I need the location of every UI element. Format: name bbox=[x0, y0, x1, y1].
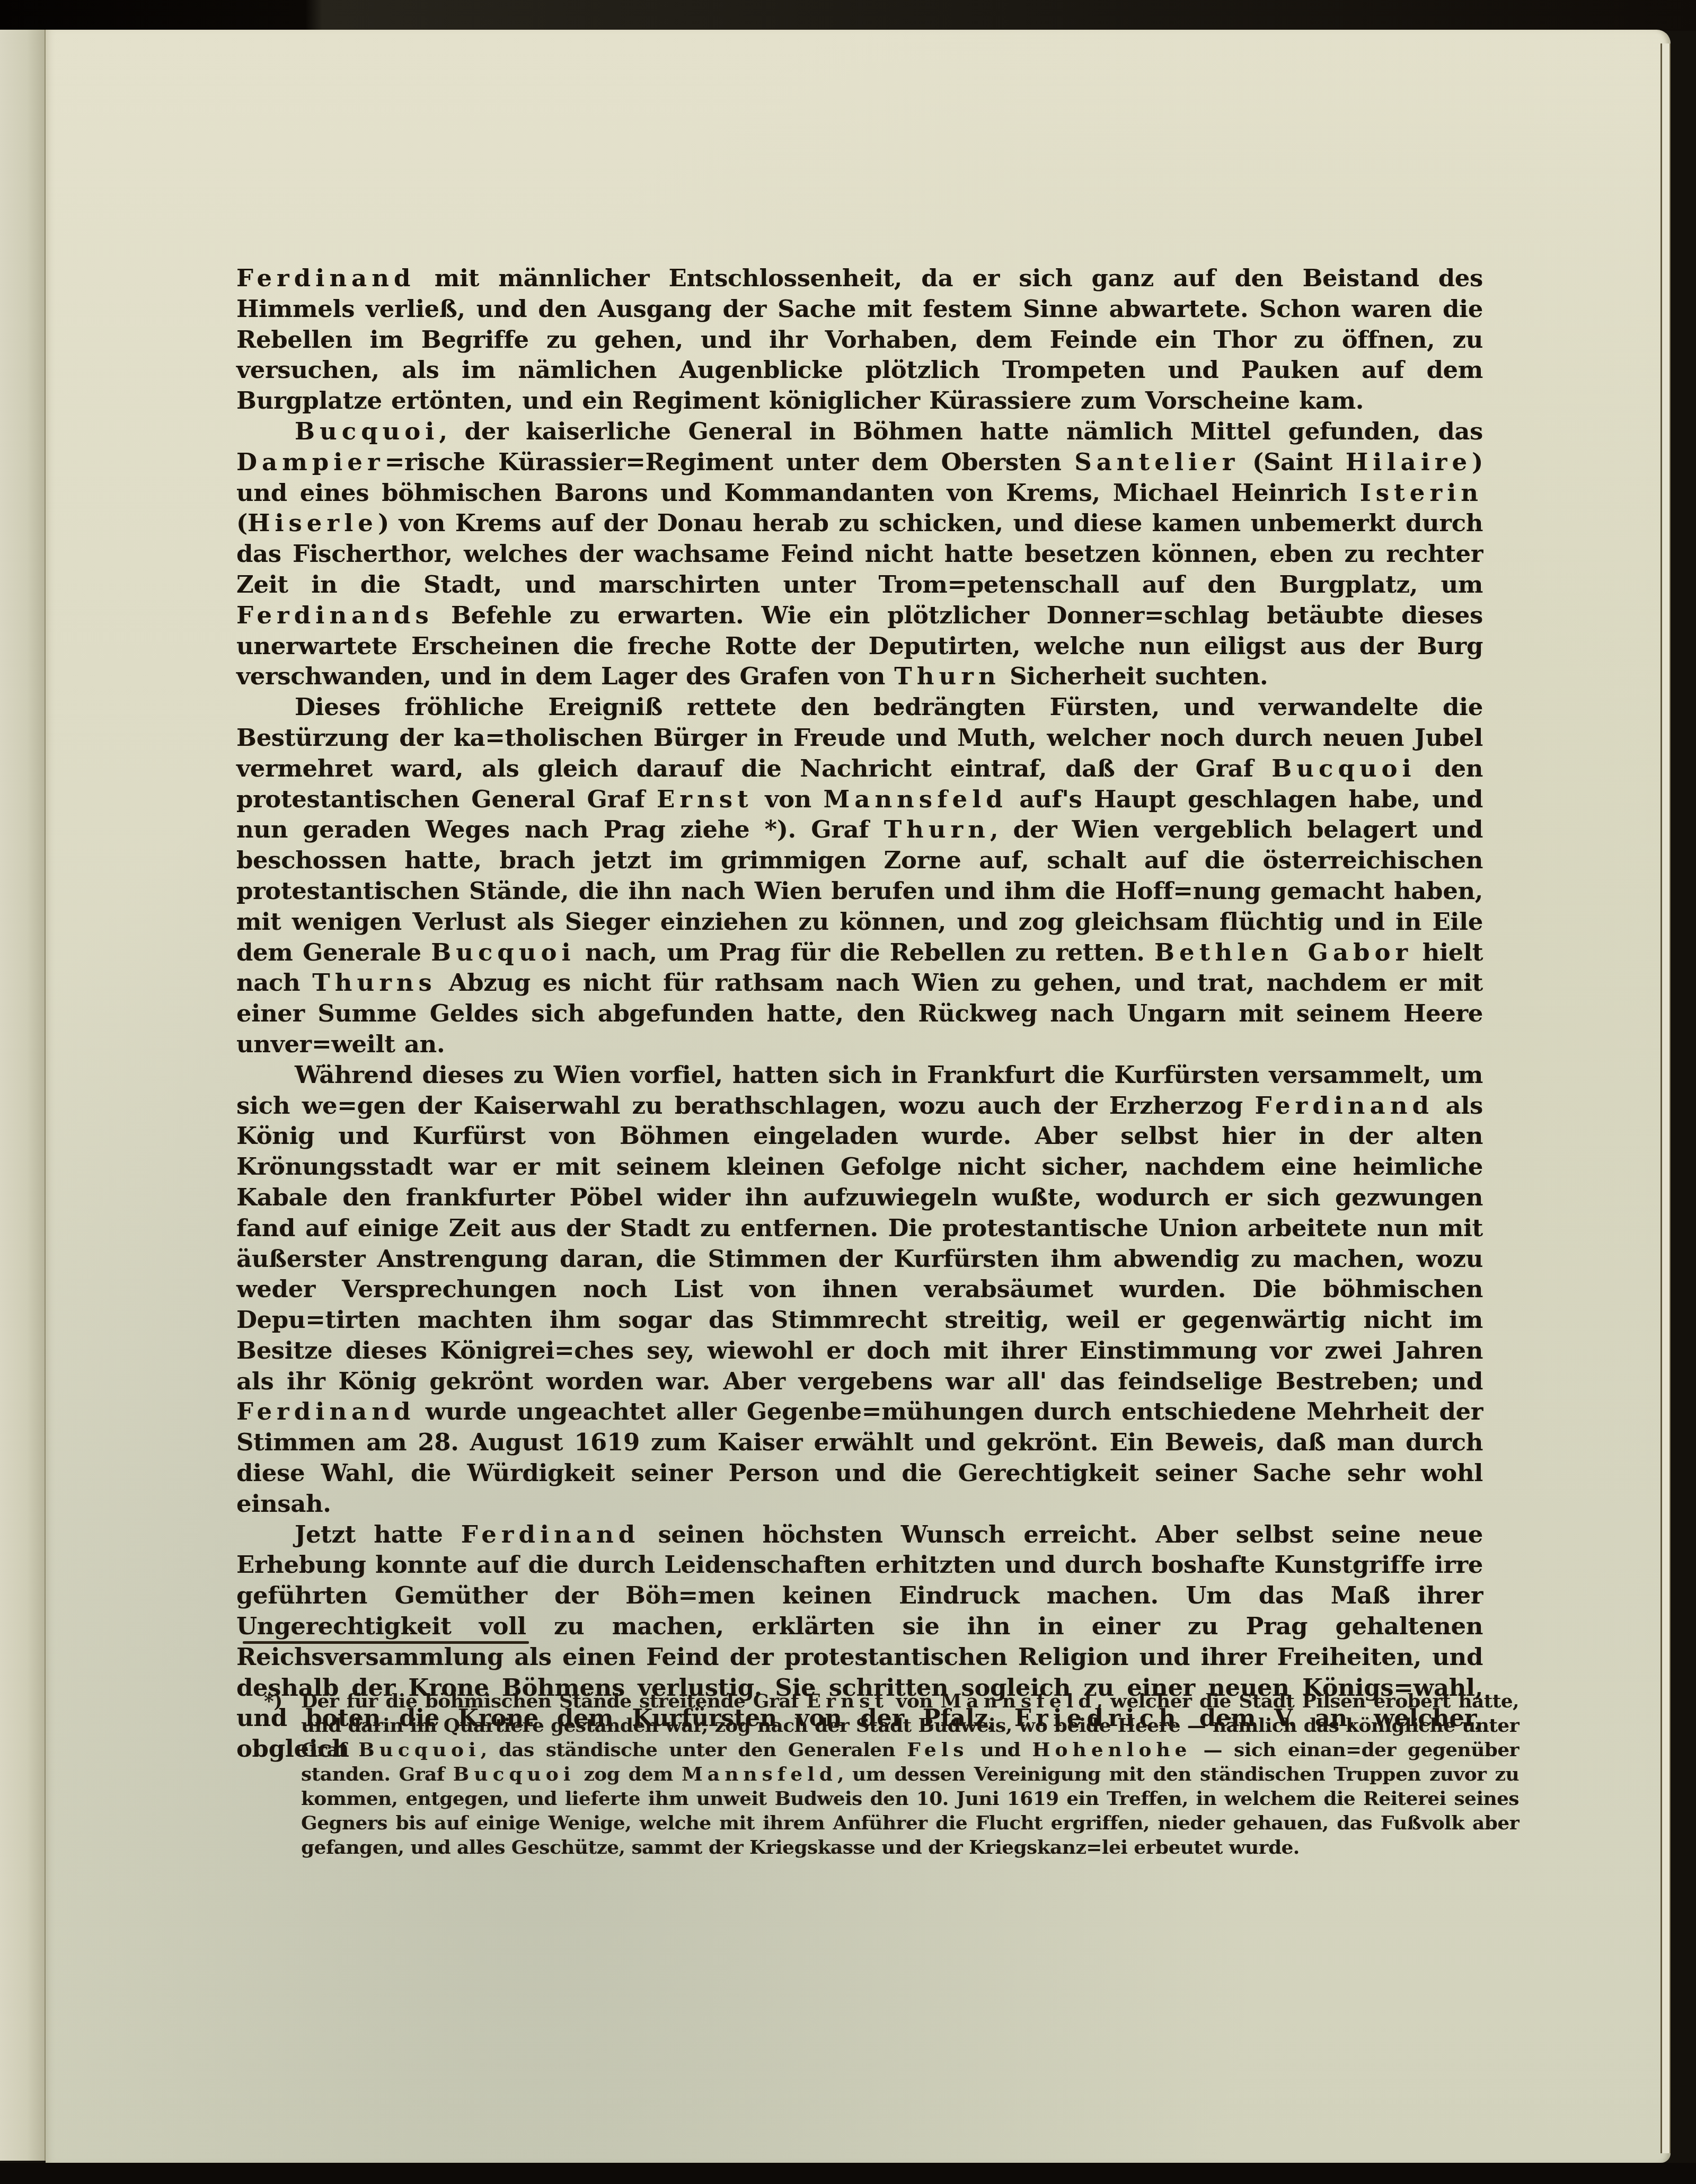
emphasized-name: Hilaire bbox=[1346, 448, 1472, 476]
facing-page-edge bbox=[0, 30, 46, 2161]
emphasized-name: Fels bbox=[907, 1739, 968, 1761]
scanner-background-top bbox=[0, 0, 1696, 31]
emphasized-name: Hohenlohe bbox=[1032, 1739, 1191, 1761]
footnote-body: Der für die böhmischen Stände streitende… bbox=[301, 1689, 1519, 1860]
text-run: zog dem bbox=[575, 1763, 682, 1785]
paragraph-1: Ferdinand mit männlicher Entschlossenhei… bbox=[236, 263, 1483, 416]
text-run: mit männlicher Entschlossenheit, da er s… bbox=[236, 264, 1483, 415]
paragraph-4: Während dieses zu Wien vorfiel, hatten s… bbox=[236, 1060, 1483, 1519]
emphasized-name: Ferdinand bbox=[236, 264, 415, 292]
emphasized-name: Bucquoi bbox=[431, 938, 575, 966]
emphasized-name: Ernst bbox=[657, 785, 753, 813]
emphasized-name: Bucquoi bbox=[295, 417, 439, 445]
emphasized-name: Dampier bbox=[236, 448, 385, 476]
emphasized-name: Ferdinand bbox=[461, 1520, 640, 1548]
text-run: wurde ungeachtet aller Gegenbe=mühungen … bbox=[236, 1397, 1483, 1517]
text-run: von bbox=[753, 785, 824, 813]
paragraph-3: Dieses fröhliche Ereigniß rettete den be… bbox=[236, 692, 1483, 1060]
emphasized-name: Bucquoi bbox=[453, 1763, 576, 1785]
emphasized-name: Ferdinands bbox=[236, 601, 434, 629]
text-run: als König und Kurfürst von Böhmen eingel… bbox=[236, 1091, 1483, 1395]
emphasized-name: Ernst bbox=[807, 1690, 888, 1712]
emphasized-name: Bucquoi bbox=[358, 1739, 481, 1761]
emphasized-name: Bucquoi bbox=[1271, 754, 1416, 782]
paragraph-2: Bucquoi, der kaiserliche General in Böhm… bbox=[236, 416, 1483, 692]
emphasized-name: Ferdinand bbox=[236, 1397, 415, 1425]
footnote: *) Der für die böhmischen Stände streite… bbox=[268, 1689, 1519, 1860]
emphasized-name: Hiserle bbox=[248, 509, 378, 537]
scanner-background-bottom bbox=[0, 2163, 1696, 2184]
emphasized-name: Santelier bbox=[1074, 448, 1239, 476]
emphasized-name: Thurn bbox=[894, 662, 1000, 690]
text-run: ( bbox=[236, 509, 248, 537]
emphasized-name: Bethlen Gabor bbox=[1154, 938, 1412, 966]
text-run: Jetzt hatte bbox=[295, 1520, 461, 1548]
emphasized-name: Mannsfeld bbox=[940, 1690, 1096, 1712]
emphasized-name: Mannsfeld bbox=[682, 1763, 837, 1785]
footnote-separator-rule bbox=[243, 1641, 529, 1644]
footnote-marker: *) bbox=[264, 1689, 282, 1713]
page-fore-edge bbox=[1660, 43, 1671, 2153]
main-text: Ferdinand mit männlicher Entschlossenhei… bbox=[236, 263, 1483, 1764]
emphasized-name: Ferdinand bbox=[1255, 1091, 1433, 1120]
text-run: Sicherheit suchten. bbox=[1001, 662, 1268, 690]
text-run: , der kaiserliche General in Böhmen hatt… bbox=[439, 417, 1483, 445]
emphasized-name: Thurn bbox=[884, 815, 990, 843]
text-run: nach, um Prag für die Rebellen zu retten… bbox=[576, 938, 1154, 966]
text-run: Der für die böhmischen Stände streitende… bbox=[301, 1690, 807, 1712]
text-run: und bbox=[969, 1739, 1032, 1761]
text-run: ) von Krems auf der Donau herab zu schic… bbox=[236, 509, 1483, 598]
emphasized-name: Mannsfeld bbox=[823, 785, 1007, 813]
text-run: =rische Kürassier=Regiment unter dem Obe… bbox=[385, 448, 1075, 476]
text-run: , das ständische unter den Generalen bbox=[481, 1739, 907, 1761]
emphasized-name: Thurns bbox=[312, 968, 437, 997]
text-run: (Saint bbox=[1240, 448, 1346, 476]
emphasized-name: Isterin bbox=[1360, 479, 1483, 507]
text-run: von bbox=[888, 1690, 940, 1712]
book-page: Ferdinand mit männlicher Entschlossenhei… bbox=[46, 30, 1671, 2163]
